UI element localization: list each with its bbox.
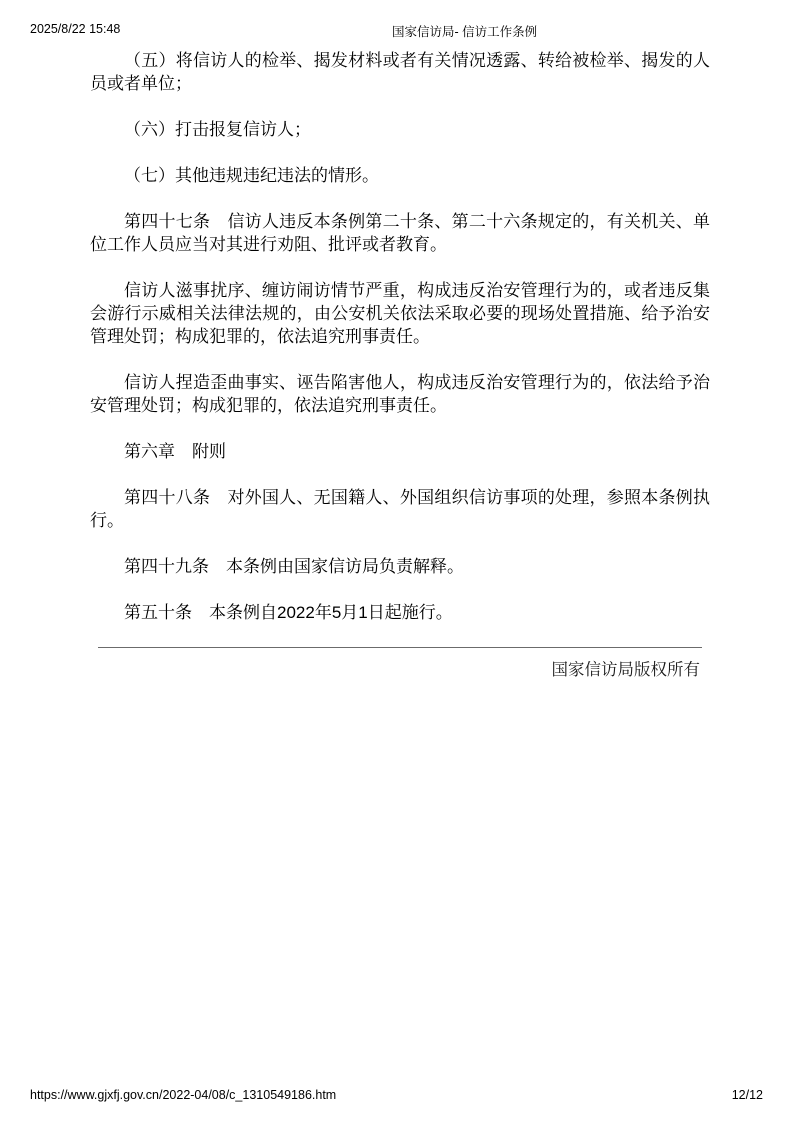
paragraph: 第四十九条 本条例由国家信访局负责解释。: [90, 555, 710, 578]
paragraph: 信访人滋事扰序、缠访闹访情节严重，构成违反治安管理行为的，或者违反集会游行示威相…: [90, 279, 710, 348]
paragraph: （七）其他违规违纪违法的情形。: [90, 164, 710, 187]
source-url: https://www.gjxfj.gov.cn/2022-04/08/c_13…: [30, 1088, 336, 1102]
paragraph: 第四十七条 信访人违反本条例第二十条、第二十六条规定的，有关机关、单位工作人员应…: [90, 210, 710, 256]
paragraph: 第五十条 本条例自2022年5月1日起施行。: [90, 601, 710, 624]
print-datetime: 2025/8/22 15:48: [30, 22, 120, 36]
paragraph: （六）打击报复信访人；: [90, 118, 710, 141]
divider-rule: [98, 647, 702, 648]
document-title: 国家信访局- 信访工作条例: [392, 22, 537, 40]
paragraph: 第四十八条 对外国人、无国籍人、外国组织信访事项的处理，参照本条例执行。: [90, 486, 710, 532]
paragraph: 信访人捏造歪曲事实、诬告陷害他人，构成违反治安管理行为的，依法给予治安管理处罚；…: [90, 371, 710, 417]
paragraph: 第六章 附则: [90, 440, 710, 463]
paragraph: （五）将信访人的检举、揭发材料或者有关情况透露、转给被检举、揭发的人员或者单位；: [90, 49, 710, 95]
printed-page: 2025/8/22 15:48 国家信访局- 信访工作条例 （五）将信访人的检举…: [0, 0, 793, 1122]
article-body: （五）将信访人的检举、揭发材料或者有关情况透露、转给被检举、揭发的人员或者单位；…: [90, 49, 710, 680]
print-header: 2025/8/22 15:48 国家信访局- 信访工作条例: [30, 22, 763, 38]
copyright-notice: 国家信访局版权所有: [90, 660, 710, 680]
print-footer: https://www.gjxfj.gov.cn/2022-04/08/c_13…: [30, 1088, 763, 1102]
page-number: 12/12: [732, 1088, 763, 1102]
